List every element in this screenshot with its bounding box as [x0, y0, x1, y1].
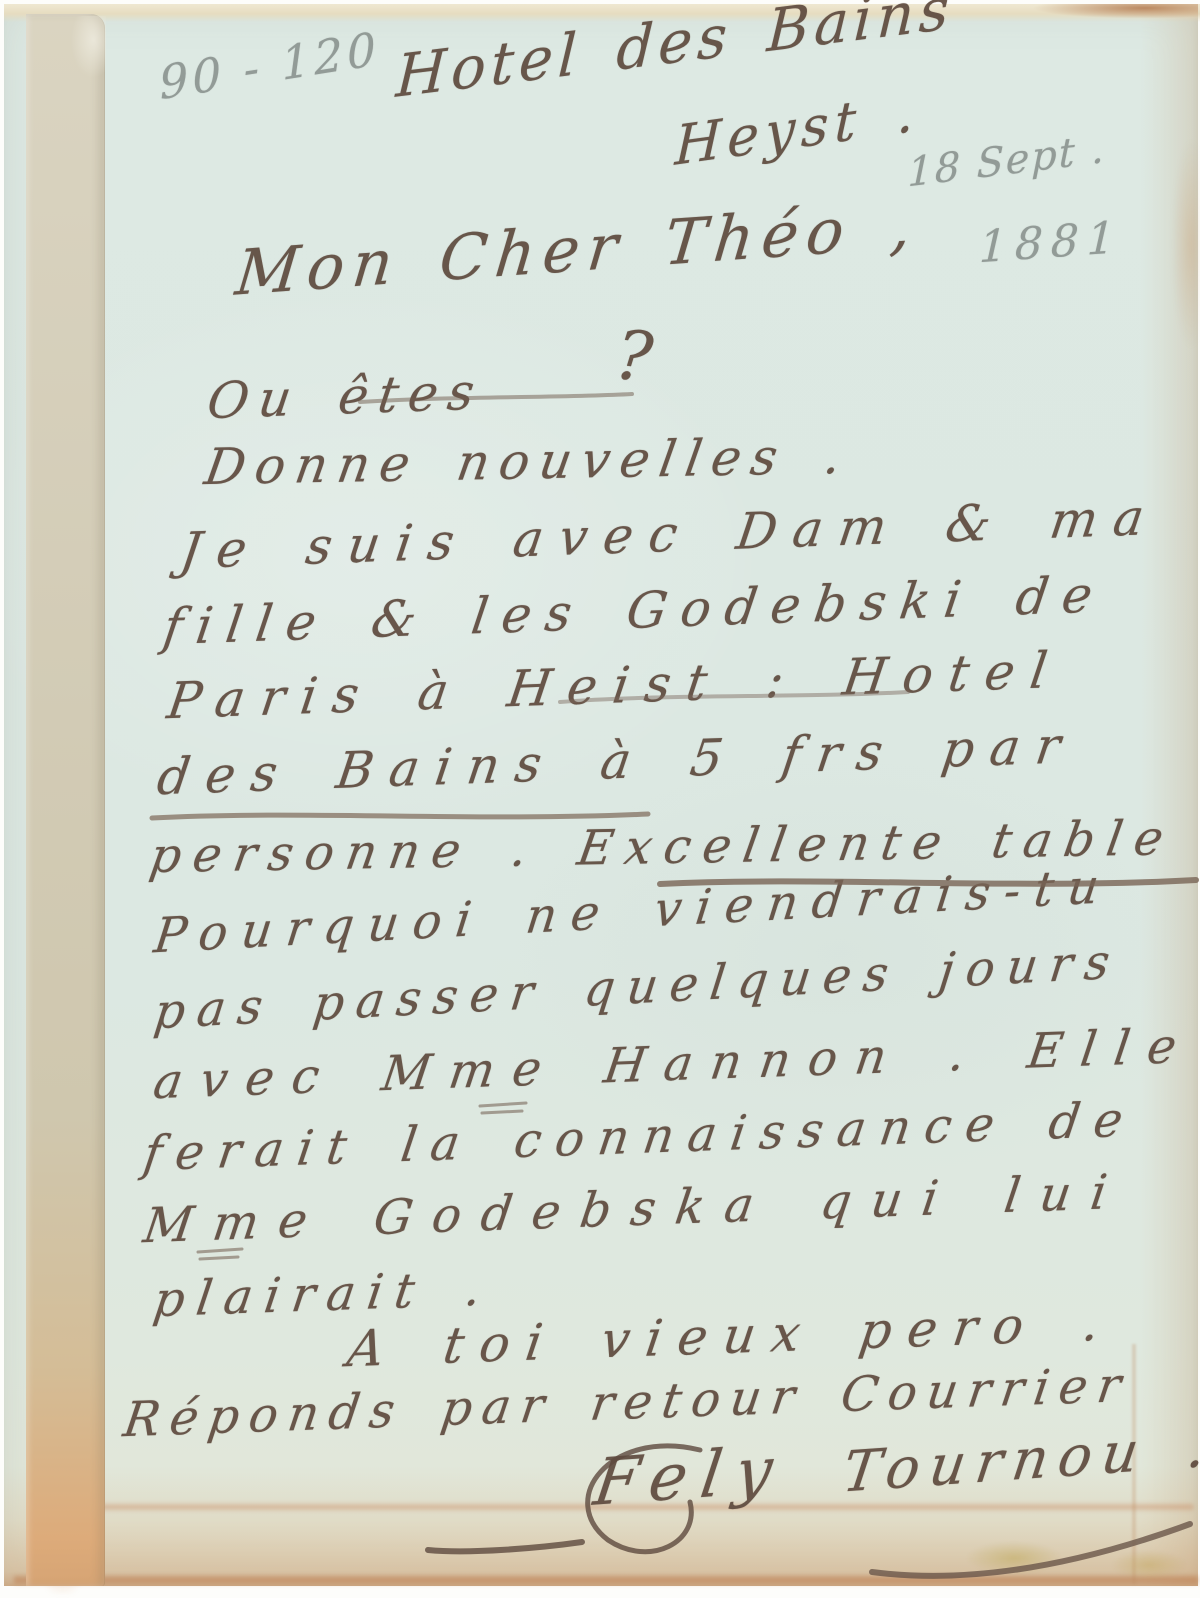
ink-flourishes	[0, 0, 1200, 1598]
letter-scan: 90 - 120 18 Sept . 1881 Hotel des Bains …	[0, 0, 1200, 1598]
